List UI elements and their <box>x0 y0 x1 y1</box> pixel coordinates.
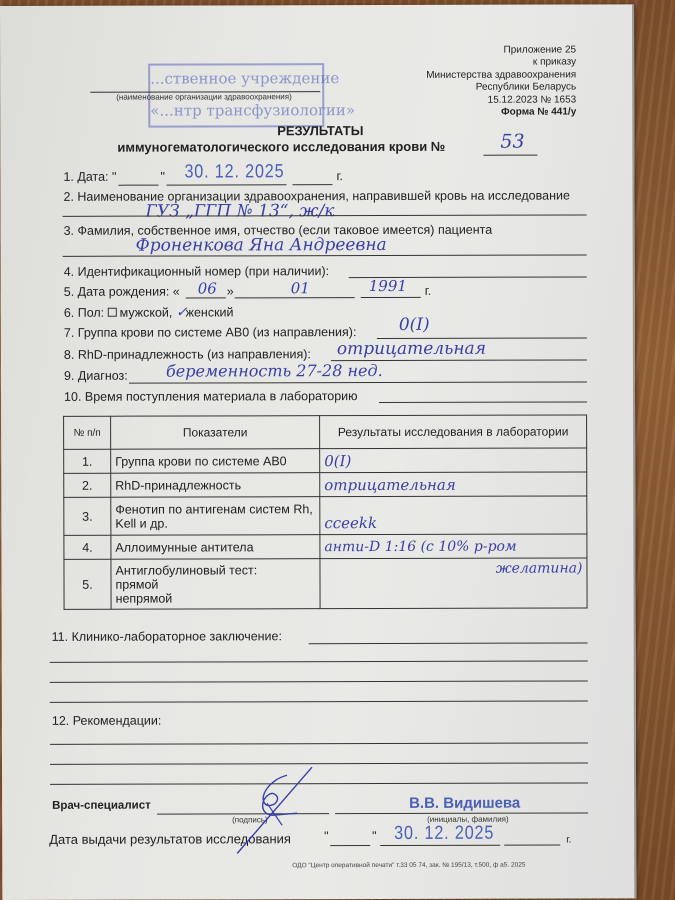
appendix-line: Форма № 441/у <box>426 107 576 120</box>
sex-female-label: женский <box>186 305 234 319</box>
row-indicator: Антиглобулиновый тест: прямой непрямой <box>111 559 320 610</box>
date-value[interactable]: 30. 12. 2025 <box>184 161 284 183</box>
diagnosis-label: 9. Диагноз: <box>64 369 128 383</box>
row-num: 1. <box>64 449 111 473</box>
sex-row: 6. Пол: мужской, ✓женский <box>64 304 234 320</box>
birth-year[interactable]: 1991 <box>369 277 407 295</box>
conclusion-line[interactable] <box>50 680 588 682</box>
row-indicator: RhD-принадлежность <box>111 473 320 498</box>
birth-day[interactable]: 06 <box>198 279 217 297</box>
org-value[interactable]: ГУЗ „ГГП № 13“, ж/к <box>146 201 335 221</box>
document-number: 53 <box>500 131 524 153</box>
birth-month-line <box>235 297 355 298</box>
patient-line <box>63 254 587 256</box>
date-day-line <box>118 185 158 186</box>
birthdate-label: 5. Дата рождения: « <box>64 285 180 299</box>
document-subtitle: иммуногематологического исследования кро… <box>117 139 445 155</box>
row-indicator: Группа крови по системе АВ0 <box>111 449 320 474</box>
row-num: 3. <box>64 497 111 535</box>
date-label: 1. Дата: " <box>63 170 116 184</box>
issue-quote-close: " <box>372 829 376 843</box>
rhd-label: 8. RhD-принадлежность (из направления): <box>64 347 311 362</box>
doctor-label: Врач-специалист <box>52 800 151 812</box>
date-suffix: г. <box>336 169 343 183</box>
number-underline <box>483 155 537 156</box>
row-result[interactable]: анти-D 1:16 (с 10% р-ром <box>320 534 587 559</box>
row-result[interactable]: отрицательная <box>320 472 587 497</box>
row-indicator: Фенотип по антигенам систем Rh, Kell и д… <box>111 497 320 536</box>
indicator-main: Антиглобулиновый тест: <box>115 563 315 578</box>
header-result: Результаты исследования в лаборатории <box>320 415 587 449</box>
table-row: 4. Аллоимунные антитела анти-D 1:16 (с 1… <box>64 534 587 559</box>
table-row: 5. Антиглобулиновый тест: прямой непрямо… <box>64 558 587 609</box>
signature-icon <box>227 765 327 855</box>
recommendations-label: 12. Рекомендации: <box>52 714 161 728</box>
document-title: РЕЗУЛЬТАТЫ <box>20 122 620 139</box>
appendix-line: Министерства здравоохранения <box>426 69 576 82</box>
table-row: 1. Группа крови по системе АВ0 0(I) <box>64 448 587 473</box>
diagnosis-line <box>129 381 587 383</box>
conclusion-label: 11. Клинико-лабораторное заключение: <box>52 629 282 644</box>
appendix-line: Республики Беларусь <box>426 82 576 95</box>
row-num: 4. <box>64 535 111 559</box>
conclusion-line[interactable] <box>50 660 588 662</box>
appendix-line: Приложение 25 <box>426 44 576 57</box>
header-num: № п/п <box>64 416 111 449</box>
sex-male-checkbox[interactable] <box>108 308 117 317</box>
arrival-label: 10. Время поступления материала в лабора… <box>64 389 358 404</box>
date-year-line <box>292 184 332 185</box>
patient-name[interactable]: Фроненкова Яна Андреевна <box>136 235 387 256</box>
sex-label: 6. Пол: <box>64 306 104 320</box>
birth-quote: » <box>227 284 234 298</box>
issue-day-line <box>330 845 370 846</box>
results-table: № п/п Показатели Результаты исследования… <box>63 414 588 609</box>
document-page: ...ственное учреждение (наименование орг… <box>0 4 636 900</box>
blood-group-label: 7. Группа крови по системе АВ0 (из напра… <box>64 325 357 340</box>
issue-date-value[interactable]: 30. 12. 2025 <box>394 823 494 845</box>
row-result[interactable]: желатина) <box>320 558 587 609</box>
appendix-line: к приказу <box>426 57 576 70</box>
issue-suffix: г. <box>566 835 571 846</box>
blood-group-value[interactable]: 0(I) <box>399 315 430 335</box>
table-row: 3. Фенотип по антигенам систем Rh, Kell … <box>64 496 587 535</box>
sex-male-label: мужской, <box>120 306 173 320</box>
date-quote: " <box>160 170 164 184</box>
header-indicator: Показатели <box>111 416 320 450</box>
birth-day-line <box>186 297 226 298</box>
conclusion-field[interactable] <box>309 642 588 644</box>
row-num: 2. <box>64 473 111 497</box>
form-appendix-header: Приложение 25 к приказу Министерства здр… <box>426 44 576 119</box>
birth-suffix: г. <box>425 284 432 298</box>
stamp-line1: ...ственное учреждение <box>150 69 339 87</box>
rhd-value[interactable]: отрицательная <box>337 339 486 359</box>
birth-year-line <box>361 297 421 298</box>
stamp-line2: «...нтр трансфузиологии» <box>150 101 355 120</box>
indicator-direct: прямой <box>115 577 315 592</box>
id-label: 4. Идентификационный номер (при наличии)… <box>64 264 329 279</box>
diagnosis-value[interactable]: беременность 27-28 нед. <box>166 361 383 381</box>
table-header-row: № п/п Показатели Результаты исследования… <box>64 415 587 449</box>
row-indicator: Аллоимунные антитела <box>111 535 320 560</box>
doctor-name-stamp: В.В. Видишева <box>409 795 520 812</box>
recommendations-line[interactable] <box>50 742 588 744</box>
conclusion-line[interactable] <box>50 700 588 702</box>
birth-month[interactable]: 01 <box>291 279 310 297</box>
arrival-field[interactable] <box>379 401 587 403</box>
printer-footer: ОДО "Центр оперативной печати" т.33 05 7… <box>292 862 525 870</box>
date-month-line <box>166 184 286 185</box>
issue-year-line <box>504 845 560 846</box>
table-row: 2. RhD-принадлежность отрицательная <box>64 472 587 497</box>
org-caption: (наименование организации здравоохранени… <box>116 92 292 101</box>
row-result[interactable]: 0(I) <box>320 448 587 473</box>
row-result[interactable]: ccееkk <box>320 496 587 535</box>
indicator-indirect: непрямой <box>116 591 316 606</box>
row-num: 5. <box>64 559 111 609</box>
appendix-line: 15.12.2023 № 1653 <box>426 94 576 107</box>
